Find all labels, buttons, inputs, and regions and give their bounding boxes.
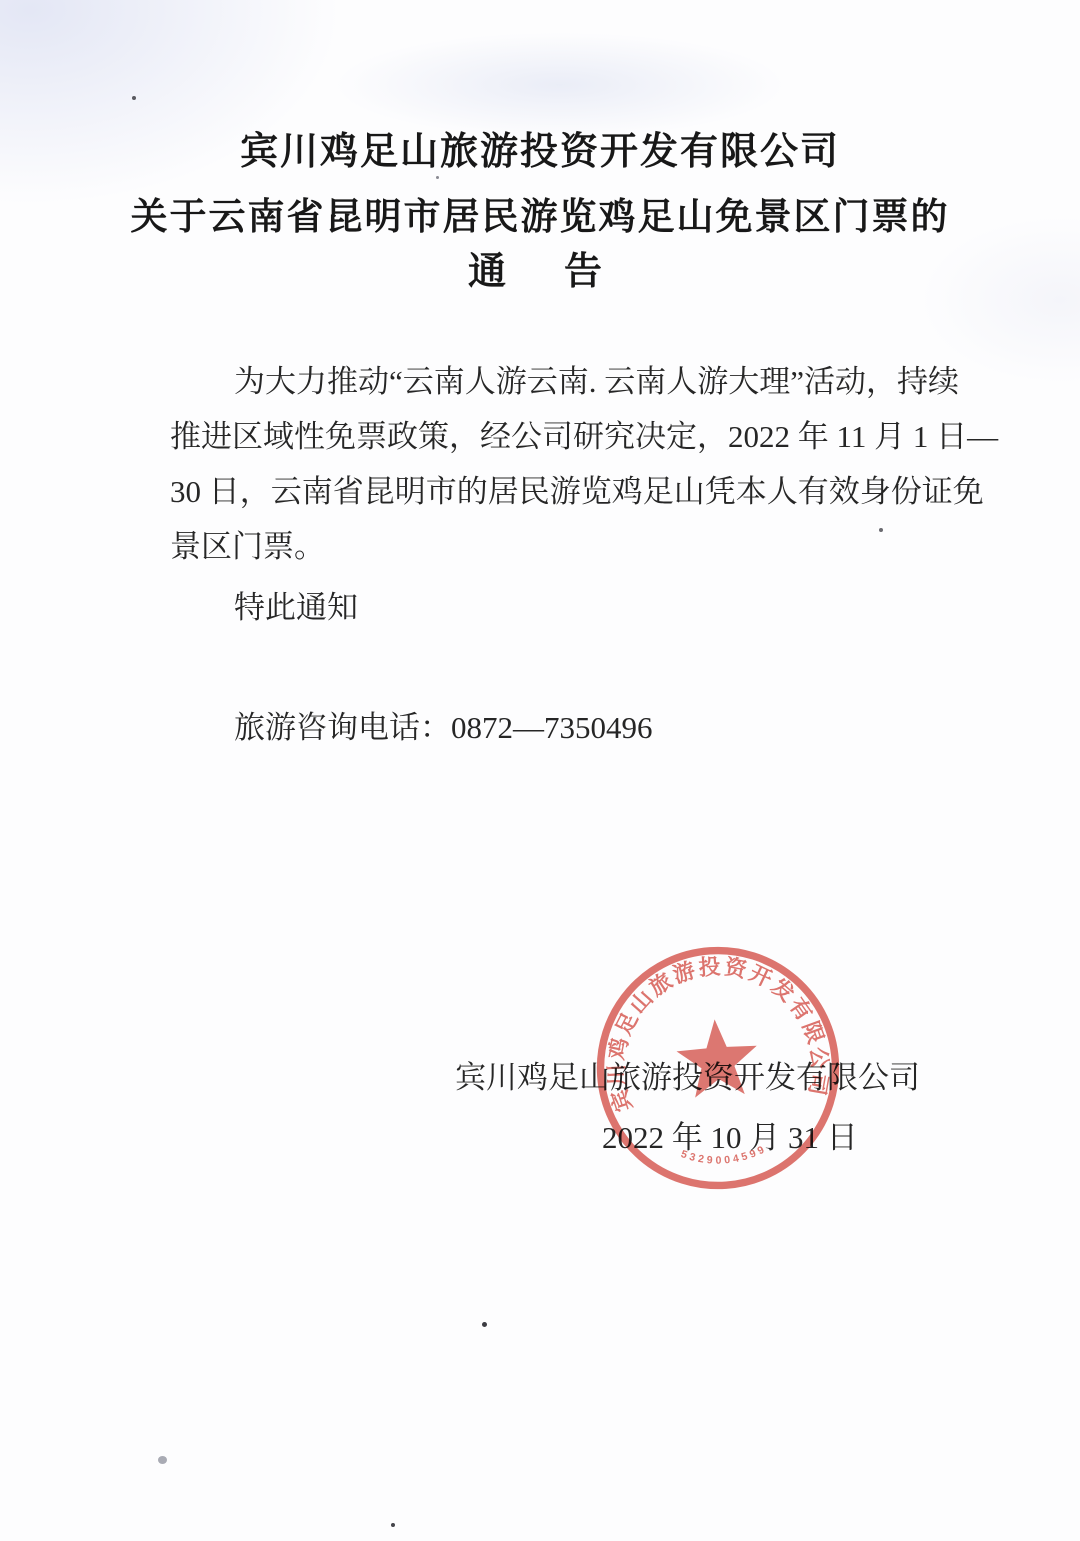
body-text-line: 推进区域性免票政策，经公司研究决定，2022 年 11 月 1 日— <box>170 417 960 457</box>
signature-date: 2022 年 10 月 31 日 <box>602 1112 858 1157</box>
signature-company-name: 宾川鸡足山旅游投资开发有限公司 <box>455 1052 920 1097</box>
body-text-line: 为大力推动“云南人游云南. 云南人游大理”活动，持续 <box>170 362 1024 402</box>
scanned-notice-page: 宾川鸡足山旅游投资开发有限公司 关于云南省昆明市居民游览鸡足山免景区门票的 通 … <box>0 0 1080 1541</box>
body-text-line: 景区门票。 <box>170 527 960 567</box>
company-title: 宾川鸡足山旅游投资开发有限公司 <box>0 120 1080 175</box>
notice-heading: 通 告 <box>0 240 1080 295</box>
scan-speck <box>132 96 136 100</box>
scan-speck <box>391 1523 395 1527</box>
scan-speck <box>436 176 439 179</box>
notice-subject-title: 关于云南省昆明市居民游览鸡足山免景区门票的 <box>0 186 1080 240</box>
contact-phone-line: 旅游咨询电话：0872—7350496 <box>234 708 1024 748</box>
body-text-line: 30 日，云南省昆明市的居民游览鸡足山凭本人有效身份证免 <box>170 472 960 512</box>
notice-closing-line: 特此通知 <box>234 588 1024 628</box>
scan-speck <box>158 1456 167 1464</box>
scan-speck <box>482 1322 487 1327</box>
